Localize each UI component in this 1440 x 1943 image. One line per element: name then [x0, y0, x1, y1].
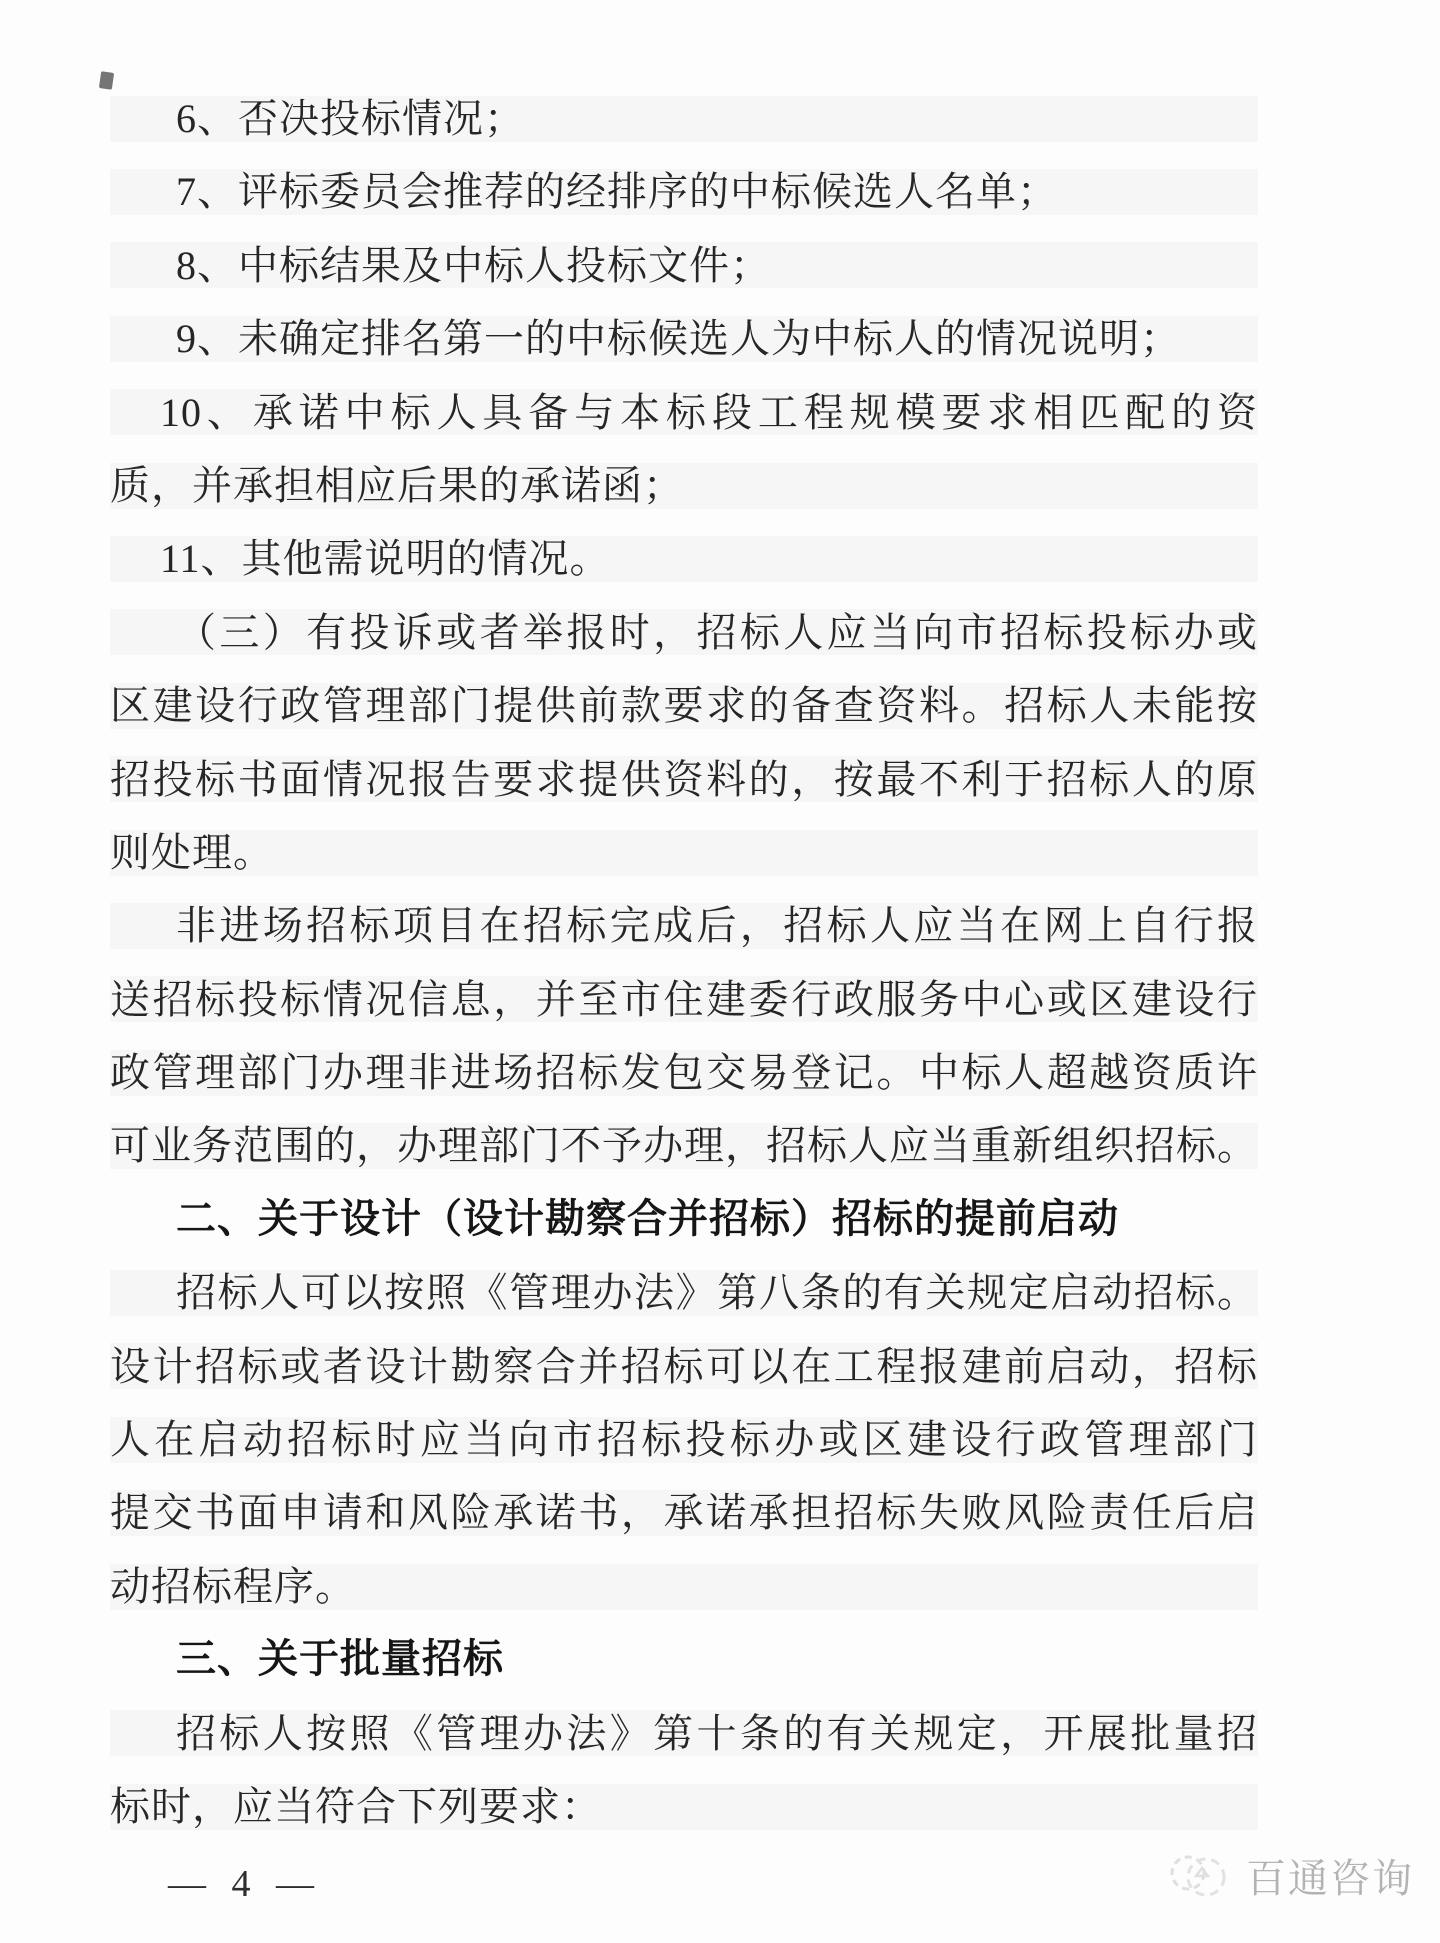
text-line: 质，并承担相应后果的承诺函； — [110, 449, 1258, 522]
paragraph-line: 设计招标或者设计勘察合并招标可以在工程报建前启动，招标 — [110, 1330, 1258, 1403]
section-heading: 二、关于设计（设计勘察合并招标）招标的提前启动 — [110, 1183, 1258, 1256]
page-number: — 4 — — [168, 1862, 322, 1906]
paragraph-line: 提交书面申请和风险承诺书，承诺承担招标失败风险责任后启 — [110, 1476, 1258, 1549]
paragraph-line: 人在启动招标时应当向市招标投标办或区建设行政管理部门 — [110, 1403, 1258, 1476]
paragraph-line: 招标人可以按照《管理办法》第八条的有关规定启动招标。 — [110, 1256, 1258, 1329]
list-item: 8、中标结果及中标人投标文件； — [110, 229, 1258, 302]
watermark-label: 百通咨询 — [1246, 1847, 1414, 1904]
list-item: 11、其他需说明的情况。 — [110, 522, 1258, 595]
paragraph-line: 动招标程序。 — [110, 1550, 1258, 1623]
section-heading: 三、关于批量招标 — [110, 1623, 1258, 1696]
paragraph-line: 非进场招标项目在招标完成后，招标人应当在网上自行报 — [110, 889, 1258, 962]
paragraph-line: 标时，应当符合下列要求： — [110, 1770, 1258, 1843]
list-item: 10、承诺中标人具备与本标段工程规模要求相匹配的资 — [110, 376, 1258, 449]
paragraph-line: （三）有投诉或者举报时，招标人应当向市招标投标办或 — [110, 596, 1258, 669]
paragraph-line: 招标人按照《管理办法》第十条的有关规定，开展批量招 — [110, 1697, 1258, 1770]
paragraph-line: 政管理部门办理非进场招标发包交易登记。中标人超越资质许 — [110, 1036, 1258, 1109]
paragraph-line: 则处理。 — [110, 816, 1258, 889]
paragraph-line: 送招标投标情况信息，并至市住建委行政服务中心或区建设行 — [110, 963, 1258, 1036]
list-item: 6、否决投标情况； — [110, 82, 1258, 155]
paragraph-line: 区建设行政管理部门提供前款要求的备查资料。招标人未能按 — [110, 669, 1258, 742]
document-body: 6、否决投标情况； 7、评标委员会推荐的经排序的中标候选人名单； 8、中标结果及… — [110, 82, 1258, 1843]
paragraph-line: 招投标书面情况报告要求提供资料的，按最不利于招标人的原 — [110, 743, 1258, 816]
document-page: 6、否决投标情况； 7、评标委员会推荐的经排序的中标候选人名单； 8、中标结果及… — [0, 0, 1440, 1943]
biton-logo-icon — [1166, 1846, 1232, 1904]
list-item: 9、未确定排名第一的中标候选人为中标人的情况说明； — [110, 302, 1258, 375]
list-item: 7、评标委员会推荐的经排序的中标候选人名单； — [110, 155, 1258, 228]
paragraph-line: 可业务范围的，办理部门不予办理，招标人应当重新组织招标。 — [110, 1109, 1258, 1182]
watermark: 百通咨询 — [1166, 1846, 1414, 1904]
